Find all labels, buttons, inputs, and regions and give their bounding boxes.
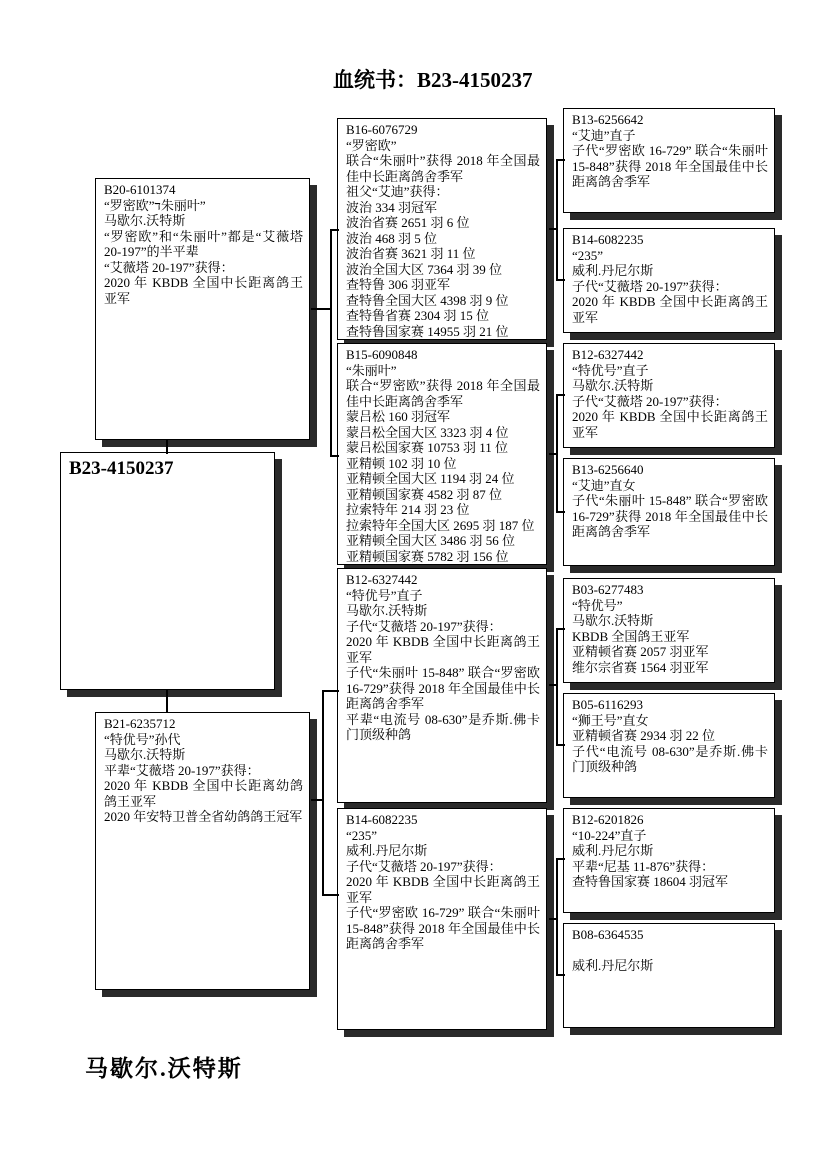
- text-line: 波治全国大区 7364 羽 39 位: [346, 262, 540, 278]
- text-line: 子代“罗密欧 16-729” 联合“朱丽叶 15-848”获得 2018 年全国…: [572, 143, 768, 190]
- box-details: “235”威利.丹尼尔斯子代“艾薇塔 20-197”获得：2020 年 KBDB…: [346, 828, 540, 952]
- text-line: 亚精顿全国大区 1194 羽 24 位: [346, 471, 540, 487]
- text-line: KBDB 全国鸽王亚军: [572, 629, 768, 645]
- text-line: 维尔宗省赛 1564 羽亚军: [572, 660, 768, 676]
- text-line: 联合“罗密欧”获得 2018 年全国最佳中长距离鸽舍季军: [346, 378, 540, 409]
- text-line: “特优号”直子: [346, 588, 540, 604]
- pedigree-box-subject: B23-4150237: [60, 452, 275, 690]
- breeder-name: 马歇尔.沃特斯: [85, 1050, 243, 1083]
- text-line: “艾薇塔 20-197”获得：: [104, 260, 303, 276]
- pedigree-box-granddam-1: B15-6090848 “朱丽叶”联合“罗密欧”获得 2018 年全国最佳中长距…: [337, 343, 547, 565]
- box-details: “235”威利.丹尼尔斯子代“艾薇塔 20-197”获得：2020 年 KBDB…: [572, 248, 768, 326]
- pedigree-box-dam: B21-6235712 “特优号”孙代马歇尔.沃特斯平辈“艾薇塔 20-197”…: [95, 712, 310, 990]
- text-line: 子代“罗密欧 16-729” 联合“朱丽叶 15-848”获得 2018 年全国…: [346, 905, 540, 952]
- connector-line: [556, 744, 565, 746]
- connector-line: [556, 394, 565, 396]
- text-line: 马歇尔.沃特斯: [346, 603, 540, 619]
- ring-number: B08-6364535: [572, 927, 768, 943]
- ring-number: B13-6256640: [572, 462, 768, 478]
- connector-line: [556, 628, 565, 630]
- text-line: 2020 年 KBDB 全国中长距离鸽王亚军: [104, 275, 303, 306]
- text-line: [572, 943, 768, 959]
- connector-line: [166, 440, 168, 454]
- text-line: 威利.丹尼尔斯: [572, 263, 768, 279]
- text-line: 马歇尔.沃特斯: [104, 747, 303, 763]
- ring-number: B12-6327442: [346, 572, 540, 588]
- pedigree-box-greatgrandparent-2: B14-6082235 “235”威利.丹尼尔斯子代“艾薇塔 20-197”获得…: [563, 228, 775, 333]
- box-details: “朱丽叶”联合“罗密欧”获得 2018 年全国最佳中长距离鸽舍季军蒙吕松 160…: [346, 363, 540, 565]
- box-details: “特优号”马歇尔.沃特斯KBDB 全国鸽王亚军亚精顿省赛 2057 羽亚军维尔宗…: [572, 598, 768, 676]
- text-line: “艾迪”直女: [572, 478, 768, 494]
- connector-line: [322, 690, 324, 896]
- connector-line: [330, 229, 339, 231]
- text-line: 查特鲁国家赛 14955 羽 21 位: [346, 324, 540, 340]
- text-line: 子代“艾薇塔 20-197”获得：: [346, 859, 540, 875]
- connector-line: [556, 394, 558, 513]
- text-line: 亚精顿省赛 2934 羽 22 位: [572, 728, 768, 744]
- connector-line: [556, 159, 565, 161]
- text-line: 2020 年 KBDB 全国中长距离幼鸽鸽王亚军: [104, 778, 303, 809]
- text-line: 拉索特年全国大区 2695 羽 187 位: [346, 518, 540, 534]
- text-line: “235”: [346, 828, 540, 844]
- text-line: 子代“朱丽叶 15-848” 联合“罗密欧 16-729”获得 2018 年全国…: [346, 665, 540, 712]
- pedigree-chart: 血统书：B23-4150237 马歇尔.沃特斯 B20-6101374 “罗密欧…: [0, 0, 820, 1159]
- text-line: 2020 年 KBDB 全国中长距离鸽王亚军: [346, 874, 540, 905]
- ring-number: B12-6201826: [572, 812, 768, 828]
- connector-line: [311, 308, 332, 310]
- text-line: 子代“艾薇塔 20-197”获得：: [346, 619, 540, 635]
- pedigree-box-greatgrandparent-1: B13-6256642 “艾迪”直子子代“罗密欧 16-729” 联合“朱丽叶 …: [563, 108, 775, 213]
- text-line: 马歇尔.沃特斯: [572, 378, 768, 394]
- ring-number: B12-6327442: [572, 347, 768, 363]
- text-line: 子代“艾薇塔 20-197”获得：: [572, 279, 768, 295]
- box-details: “特优号”直子马歇尔.沃特斯子代“艾薇塔 20-197”获得：2020 年 KB…: [346, 588, 540, 743]
- text-line: 威利.丹尼尔斯: [346, 843, 540, 859]
- connector-line: [330, 455, 339, 457]
- pedigree-box-greatgrandparent-7: B12-6201826 “10-224”直子威利.丹尼尔斯平辈“尼基 11-87…: [563, 808, 775, 913]
- text-line: 亚精顿全国大区 3486 羽 56 位: [346, 533, 540, 549]
- connector-line: [556, 279, 565, 281]
- text-line: 2020 年 KBDB 全国中长距离鸽王亚军: [346, 634, 540, 665]
- text-line: 查特鲁省赛 2304 羽 15 位: [346, 308, 540, 324]
- pedigree-box-greatgrandparent-4: B13-6256640 “艾迪”直女子代“朱丽叶 15-848” 联合“罗密欧 …: [563, 458, 775, 566]
- connector-line: [330, 229, 332, 457]
- text-line: 亚精顿 102 羽 10 位: [346, 456, 540, 472]
- connector-line: [556, 511, 565, 513]
- text-line: “罗密欧”: [346, 138, 540, 154]
- ring-number: B13-6256642: [572, 112, 768, 128]
- text-line: 2020 年 KBDB 全国中长距离鸽王亚军: [572, 409, 768, 440]
- ring-number: B14-6082235: [346, 812, 540, 828]
- ring-number: B14-6082235: [572, 232, 768, 248]
- pedigree-box-grandsire-1: B16-6076729 “罗密欧”联合“朱丽叶”获得 2018 年全国最佳中长距…: [337, 118, 547, 340]
- pedigree-box-greatgrandparent-3: B12-6327442 “特优号”直子马歇尔.沃特斯子代“艾薇塔 20-197”…: [563, 343, 775, 448]
- text-line: “特优号”孙代: [104, 732, 303, 748]
- box-details: “艾迪”直子子代“罗密欧 16-729” 联合“朱丽叶 15-848”获得 20…: [572, 128, 768, 190]
- box-details: “艾迪”直女子代“朱丽叶 15-848” 联合“罗密欧 16-729”获得 20…: [572, 478, 768, 540]
- text-line: 子代“朱丽叶 15-848” 联合“罗密欧 16-729”获得 2018 年全国…: [572, 493, 768, 540]
- text-line: “10-224”直子: [572, 828, 768, 844]
- connector-line: [556, 974, 565, 976]
- text-line: 查特鲁 306 羽亚军: [346, 277, 540, 293]
- box-details: “狮王号”直女亚精顿省赛 2934 羽 22 位子代“电流号 08-630”是乔…: [572, 713, 768, 775]
- text-line: 子代“艾薇塔 20-197”获得：: [572, 394, 768, 410]
- text-line: 波治省赛 3621 羽 11 位: [346, 246, 540, 262]
- box-details: “特优号”直子马歇尔.沃特斯子代“艾薇塔 20-197”获得：2020 年 KB…: [572, 363, 768, 441]
- text-line: 平辈“电流号 08-630”是乔斯.佛卡门顶级种鸽: [346, 712, 540, 743]
- text-line: “罗密欧”ד朱丽叶”: [104, 198, 303, 214]
- ring-number: B16-6076729: [346, 122, 540, 138]
- text-line: 马歇尔.沃特斯: [104, 213, 303, 229]
- text-line: 祖父“艾迪”获得：: [346, 184, 540, 200]
- text-line: 联合“朱丽叶”获得 2018 年全国最佳中长距离鸽舍季军: [346, 153, 540, 184]
- text-line: 波治 334 羽冠军: [346, 200, 540, 216]
- ring-number: B05-6116293: [572, 697, 768, 713]
- ring-number: B21-6235712: [104, 716, 303, 732]
- connector-line: [166, 690, 168, 713]
- connector-line: [322, 894, 339, 896]
- connector-line: [556, 858, 565, 860]
- text-line: “特优号”: [572, 598, 768, 614]
- text-line: 亚精顿国家赛 4582 羽 87 位: [346, 487, 540, 503]
- text-line: 2020 年 KBDB 全国中长距离鸽王亚军: [572, 294, 768, 325]
- text-line: 亚精顿省赛 2057 羽亚军: [572, 644, 768, 660]
- text-line: 亚精顿国家赛 5782 羽 156 位: [346, 549, 540, 565]
- text-line: “特优号”直子: [572, 363, 768, 379]
- text-line: 蒙吕松 160 羽冠军: [346, 409, 540, 425]
- connector-line: [556, 628, 558, 746]
- text-line: 波治省赛 2651 羽 6 位: [346, 215, 540, 231]
- pedigree-box-greatgrandparent-8: B08-6364535 威利.丹尼尔斯: [563, 923, 775, 1028]
- text-line: 拉索特年 214 羽 23 位: [346, 502, 540, 518]
- text-line: 威利.丹尼尔斯: [572, 843, 768, 859]
- ring-number: B20-6101374: [104, 182, 303, 198]
- text-line: 平辈“尼基 11-876”获得：: [572, 859, 768, 875]
- text-line: 子代“电流号 08-630”是乔斯.佛卡门顶级种鸽: [572, 744, 768, 775]
- box-details: “罗密欧”ד朱丽叶”马歇尔.沃特斯“罗密欧”和“朱丽叶”都是“艾薇塔 20-19…: [104, 198, 303, 307]
- text-line: “艾迪”直子: [572, 128, 768, 144]
- text-line: 查特鲁国家赛 18604 羽冠军: [572, 874, 768, 890]
- box-details: “10-224”直子威利.丹尼尔斯平辈“尼基 11-876”获得：查特鲁国家赛 …: [572, 828, 768, 890]
- pedigree-box-granddam-2: B14-6082235 “235”威利.丹尼尔斯子代“艾薇塔 20-197”获得…: [337, 808, 547, 1030]
- text-line: 平辈“艾薇塔 20-197”获得：: [104, 763, 303, 779]
- text-line: 蒙吕松全国大区 3323 羽 4 位: [346, 425, 540, 441]
- pedigree-box-sire: B20-6101374 “罗密欧”ד朱丽叶”马歇尔.沃特斯“罗密欧”和“朱丽叶”…: [95, 178, 310, 440]
- box-details: “特优号”孙代马歇尔.沃特斯平辈“艾薇塔 20-197”获得：2020 年 KB…: [104, 732, 303, 825]
- box-details: “罗密欧”联合“朱丽叶”获得 2018 年全国最佳中长距离鸽舍季军祖父“艾迪”获…: [346, 138, 540, 340]
- text-line: 威利.丹尼尔斯: [572, 958, 768, 974]
- connector-line: [556, 159, 558, 281]
- ring-number: B03-6277483: [572, 582, 768, 598]
- ring-number: B23-4150237: [69, 456, 268, 477]
- box-details: 威利.丹尼尔斯: [572, 943, 768, 974]
- pedigree-box-grandsire-2: B12-6327442 “特优号”直子马歇尔.沃特斯子代“艾薇塔 20-197”…: [337, 568, 547, 803]
- text-line: 2020 年安特卫普全省幼鸽鸽王冠军: [104, 809, 303, 825]
- text-line: 蒙吕松国家赛 10753 羽 11 位: [346, 440, 540, 456]
- connector-line: [322, 690, 339, 692]
- text-line: 查特鲁全国大区 4398 羽 9 位: [346, 293, 540, 309]
- text-line: 马歇尔.沃特斯: [572, 613, 768, 629]
- connector-line: [556, 858, 558, 976]
- text-line: “狮王号”直女: [572, 713, 768, 729]
- page-title: 血统书：B23-4150237: [333, 64, 533, 94]
- text-line: “235”: [572, 248, 768, 264]
- text-line: “朱丽叶”: [346, 363, 540, 379]
- text-line: 波治 468 羽 5 位: [346, 231, 540, 247]
- ring-number: B15-6090848: [346, 347, 540, 363]
- pedigree-box-greatgrandparent-6: B05-6116293 “狮王号”直女亚精顿省赛 2934 羽 22 位子代“电…: [563, 693, 775, 798]
- pedigree-box-greatgrandparent-5: B03-6277483 “特优号”马歇尔.沃特斯KBDB 全国鸽王亚军亚精顿省赛…: [563, 578, 775, 683]
- text-line: “罗密欧”和“朱丽叶”都是“艾薇塔 20-197”的半平辈: [104, 229, 303, 260]
